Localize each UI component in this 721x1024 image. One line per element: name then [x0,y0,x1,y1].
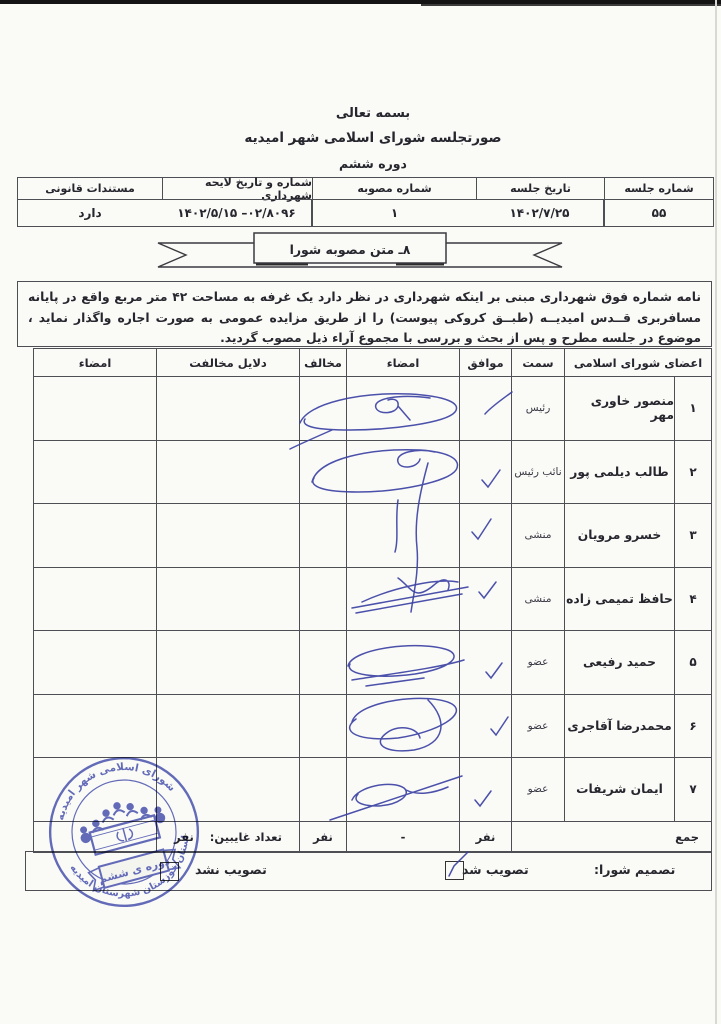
row-number: ۳ [674,504,711,568]
ribbon-banner: ۸ـ متن مصوبه شورا [148,229,572,275]
scan-edge-right [715,0,717,1024]
signature-cell [346,758,459,822]
col-header-agree: موافق [459,349,511,377]
term-subtitle: دوره ششم [25,156,721,171]
stamp-flag-emblem-icon [90,815,160,854]
approved-label: تصویب شد [462,862,529,877]
member-name: منصور خاوری مهر [564,377,674,441]
oppose-cell [299,631,346,695]
col-header-signature-2: امضاء [34,349,156,377]
oppose-cell [299,695,346,759]
signature2-cell [34,441,156,505]
signature2-cell [34,504,156,568]
signature-cell [346,441,459,505]
row-number: ۴ [674,568,711,632]
oppose-cell [299,377,346,441]
member-position: عضو [511,758,564,822]
member-position: منشی [511,568,564,632]
oppose-reason-cell [156,377,299,441]
row-number: ۶ [674,695,711,759]
info-header-resolution-no: شماره مصوبه [312,178,476,199]
bismillah-text: بسمه تعالی [25,106,721,121]
scan-edge-top-right [421,4,721,6]
col-header-signature: امضاء [346,349,459,377]
info-value-legal-docs: دارد [18,199,162,226]
agree-cell [459,695,511,759]
oppose-reason-cell [156,631,299,695]
stamp-people-figures-icon [75,792,165,843]
signature-cell [346,631,459,695]
signature-cell [346,568,459,632]
member-position: عضو [511,631,564,695]
ribbon-title: ۸ـ متن مصوبه شورا [290,242,411,257]
info-header-bill-no-date: شماره و تاریخ لایحه شهرداری [162,178,312,199]
member-position: رئیس [511,377,564,441]
totals-label: جمع [511,822,711,852]
signature2-cell [34,377,156,441]
member-name: حمید رفیعی [564,631,674,695]
page-title: صورتجلسه شورای اسلامی شهر امیدیه [25,130,721,146]
agree-cell [459,758,511,822]
resolution-paragraph: نامه شماره فوق شهرداری مبنی بر اینکه شهر… [17,281,712,347]
agree-cell [459,568,511,632]
member-position: نائب رئیس [511,441,564,505]
info-value-resolution-no: ۱ [312,199,476,226]
agree-cell [459,441,511,505]
totals-signature-dash: - [346,822,459,852]
info-header-session-no: شماره جلسه [604,178,713,199]
oppose-reason-cell [156,441,299,505]
col-header-position: سمت [511,349,564,377]
decision-label: تصمیم شورا: [594,862,675,877]
oppose-cell [299,504,346,568]
member-name: حافظ تمیمی زاده [564,568,674,632]
info-value-session-no: ۵۵ [604,199,713,226]
signature-cell [346,695,459,759]
agree-cell [459,377,511,441]
row-number: ۷ [674,758,711,822]
agree-cell [459,504,511,568]
info-value-session-date: ۱۴۰۲/۷/۲۵ [476,199,604,226]
member-name: طالب دیلمی پور [564,441,674,505]
totals-agree-count: نفر [459,822,511,852]
member-name: ایمان شریفات [564,758,674,822]
signature-cell [346,377,459,441]
row-number: ۱ [674,377,711,441]
col-header-members: اعضای شورای اسلامی [564,349,711,377]
info-table: شماره جلسه تاریخ جلسه شماره مصوبه شماره … [17,177,714,227]
row-number: ۲ [674,441,711,505]
member-position: منشی [511,504,564,568]
info-value-bill-no-date: ۱۴۰۲/۵/۱۵ –۰۲/۸۰۹۶ [162,199,312,226]
oppose-reason-cell [156,504,299,568]
info-header-session-date: تاریخ جلسه [476,178,604,199]
oppose-cell [299,568,346,632]
oppose-reason-cell [156,568,299,632]
col-header-oppose-reasons: دلایل مخالفت [156,349,299,377]
col-header-oppose: مخالف [299,349,346,377]
approved-checkbox [445,861,464,880]
info-header-legal-docs: مستندات قانونی [18,178,162,199]
totals-oppose-count: نفر [299,822,346,852]
member-position: عضو [511,695,564,759]
signature2-cell [34,631,156,695]
member-name: خسرو مرویان [564,504,674,568]
member-name: محمدرضا آقاجری [564,695,674,759]
agree-cell [459,631,511,695]
signature2-cell [34,568,156,632]
document-page: بسمه تعالی صورتجلسه شورای اسلامی شهر امی… [0,0,721,1024]
oppose-cell [299,758,346,822]
row-number: ۵ [674,631,711,695]
signature-cell [346,504,459,568]
oppose-cell [299,441,346,505]
